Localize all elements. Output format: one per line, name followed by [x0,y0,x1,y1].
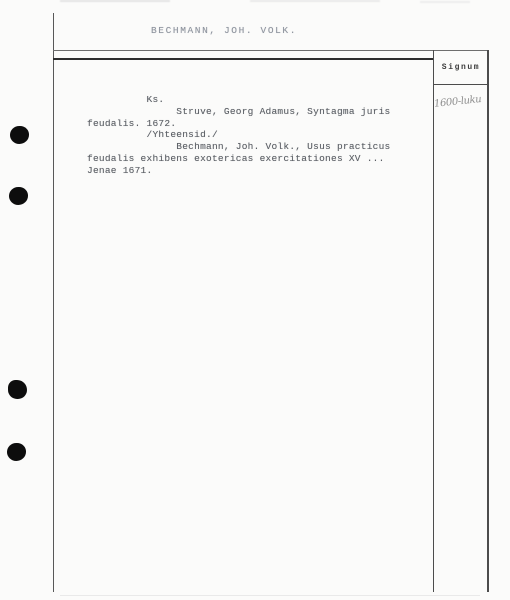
punch-hole [10,126,29,144]
punch-hole [9,187,28,205]
signum-column-divider [433,50,434,592]
card-top-thin-rule [53,50,488,51]
signum-label: Signum [442,63,480,72]
punch-hole [8,380,27,399]
scan-artifact [250,0,380,2]
card-right-border [487,50,489,592]
card-top-rule [53,58,434,60]
punch-hole [7,443,26,461]
catalog-entry-text: Ks. Struve, Georg Adamus, Syntagma juris… [87,94,391,176]
signum-box-bottom-rule [433,84,488,85]
signum-handwritten-value: 1600-luku [434,93,491,110]
page-left-rule [53,13,54,592]
catalog-card-scan: BECHMANN, JOH. VOLK. Signum 1600-luku Ks… [0,0,510,600]
scan-artifact [60,595,480,596]
signum-header-cell: Signum [434,51,488,84]
card-heading: BECHMANN, JOH. VOLK. [151,25,297,36]
scan-artifact [420,1,470,3]
scan-artifact [60,0,170,2]
